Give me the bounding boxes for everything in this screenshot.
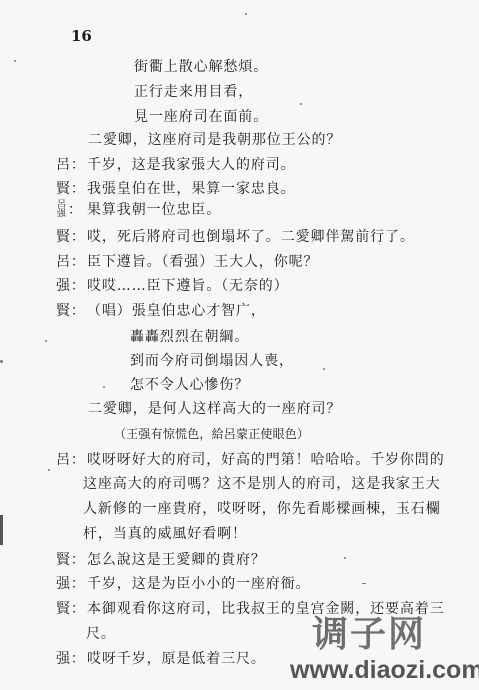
scan-speck <box>103 386 105 388</box>
speaker-name-bottom: 强 <box>57 209 67 219</box>
speech-line: 二愛卿，是何人这样高大的一座府司？ <box>88 400 341 418</box>
speaker-label: 賢： <box>56 302 87 320</box>
scan-speck <box>14 60 16 62</box>
dialogue-line: 强：哎呀千岁，原是低着三尺。 <box>56 650 266 668</box>
speaker-label: 賢： <box>56 551 87 569</box>
verse-line: 轟轟烈烈在朝綱。 <box>130 328 249 346</box>
dialogue-text: 臣下遵旨。（看强）王大人，你呢？ <box>87 254 318 270</box>
page-number: 16 <box>71 27 92 45</box>
dialogue-line: 强：千岁，这是为臣小小的一座府衙。 <box>56 575 311 593</box>
dialogue-text: 千岁，这是我家張大人的府司。 <box>87 157 296 173</box>
speaker-colon: ： <box>71 601 86 617</box>
dialogue-line: 賢：我張皇伯在世，果算一家忠良。 <box>56 180 296 198</box>
continuation-line: 杆，当真的威風好看啊！ <box>83 525 247 543</box>
speaker-name: 强 <box>56 651 71 667</box>
speaker-colon: ： <box>71 229 86 245</box>
dialogue-text: 哎呀千岁，原是低着三尺。 <box>87 651 266 667</box>
scan-speck <box>344 557 346 559</box>
scan-speck <box>0 360 3 363</box>
dialogue-line: 賢：怎么說这是王愛卿的貴府？ <box>56 551 266 569</box>
speaker-name: 强 <box>56 576 71 592</box>
speaker-colon: ： <box>71 181 86 197</box>
dialogue-line: 賢：哎，死后將府司也倒塌坏了。二愛卿伴駕前行了。 <box>56 228 415 246</box>
stage-direction: （王强有惊慌色，給呂蒙正使眼色） <box>114 425 309 443</box>
dialogue-line: 强：哎哎……臣下遵旨。（无奈的） <box>56 277 289 295</box>
scan-speck <box>362 583 366 584</box>
speaker-name: 賢 <box>56 229 71 245</box>
speaker-label: 賢： <box>56 600 87 618</box>
verse-line: 正行走来用目看， <box>134 83 253 101</box>
dialogue-text: 果算我朝一位忠臣。 <box>87 202 221 218</box>
continuation-line: 人新修的一座貴府，哎呀呀，你先看彫樑画棟，玉石欄 <box>83 500 441 518</box>
watermark-url: www.diaozi.com <box>290 656 479 684</box>
speaker-name: 賢 <box>56 181 71 197</box>
dialogue-text: （唱）張皇伯忠心才智广， <box>87 303 266 319</box>
speaker-colon: ： <box>71 552 86 568</box>
speaker-label: 呂： <box>56 253 87 271</box>
continuation-line: 尺。 <box>86 625 116 643</box>
scan-edge-mark <box>0 515 3 545</box>
speaker-label: 賢： <box>56 180 87 198</box>
watermark-title: 调子网 <box>312 615 426 655</box>
verse-line: 怎不令人心慘伤？ <box>130 376 249 394</box>
scan-speck <box>48 469 50 471</box>
scan-speck <box>300 103 302 105</box>
verse-line: 到而今府司倒塌因人喪， <box>130 352 294 370</box>
speaker-label: 强： <box>56 650 87 668</box>
speaker-colon: ： <box>71 452 86 468</box>
speaker-label-stacked: 呂强： <box>56 201 87 219</box>
speaker-label: 强： <box>56 277 87 295</box>
speaker-label: 呂： <box>56 156 87 174</box>
speaker-name: 賢 <box>56 552 71 568</box>
speaker-colon: ： <box>71 576 86 592</box>
speaker-name: 賢 <box>56 303 71 319</box>
speaker-colon: ： <box>71 303 86 319</box>
verse-line: 見一座府司在面前。 <box>134 108 268 126</box>
speaker-colon: ： <box>71 651 86 667</box>
dialogue-text: 千岁，这是为臣小小的一座府衙。 <box>87 576 311 592</box>
speaker-label: 呂： <box>56 451 87 469</box>
scan-speck <box>45 340 47 342</box>
speaker-colon: ： <box>71 157 86 173</box>
dialogue-line: 賢：（唱）張皇伯忠心才智广， <box>56 302 266 320</box>
speaker-name: 呂 <box>56 157 71 173</box>
dialogue-text: 我張皇伯在世，果算一家忠良。 <box>87 181 296 197</box>
speaker-name: 强 <box>56 278 71 294</box>
dialogue-text: 怎么說这是王愛卿的貴府？ <box>87 552 266 568</box>
dialogue-text: 哎呀呀好大的府司，好高的門第！哈哈哈。千岁你問的 <box>87 452 445 468</box>
scan-speck <box>323 368 325 370</box>
speaker-label: 賢： <box>56 228 87 246</box>
scanned-page: 16 街衢上散心解愁煩。 正行走来用目看， 見一座府司在面前。 二愛卿，这座府司… <box>0 0 479 690</box>
speaker-name: 呂 <box>56 452 71 468</box>
speaker-label: 强： <box>56 575 87 593</box>
dialogue-text: 哎，死后將府司也倒塌坏了。二愛卿伴駕前行了。 <box>87 229 415 245</box>
speaker-name: 賢 <box>56 601 71 617</box>
speaker-colon: ： <box>68 201 87 219</box>
stacked-speakers: 呂强 <box>56 201 68 219</box>
speaker-colon: ： <box>71 278 86 294</box>
speaker-name: 呂 <box>56 254 71 270</box>
dialogue-line: 呂：千岁，这是我家張大人的府司。 <box>56 156 296 174</box>
speaker-colon: ： <box>71 254 86 270</box>
dialogue-line: 呂：哎呀呀好大的府司，好高的門第！哈哈哈。千岁你問的 <box>56 451 445 469</box>
scan-speck <box>245 13 247 15</box>
dialogue-line: 呂强：果算我朝一位忠臣。 <box>56 201 221 219</box>
dialogue-line: 呂：臣下遵旨。（看强）王大人，你呢？ <box>56 253 318 271</box>
speech-line: 二愛卿，这座府司是我朝那位王公的？ <box>88 131 341 149</box>
verse-line: 街衢上散心解愁煩。 <box>134 58 268 76</box>
continuation-line: 这座高大的府司嗎？这不是別人的府司，这是我家王大 <box>83 475 441 493</box>
dialogue-text: 哎哎……臣下遵旨。（无奈的） <box>87 278 289 294</box>
